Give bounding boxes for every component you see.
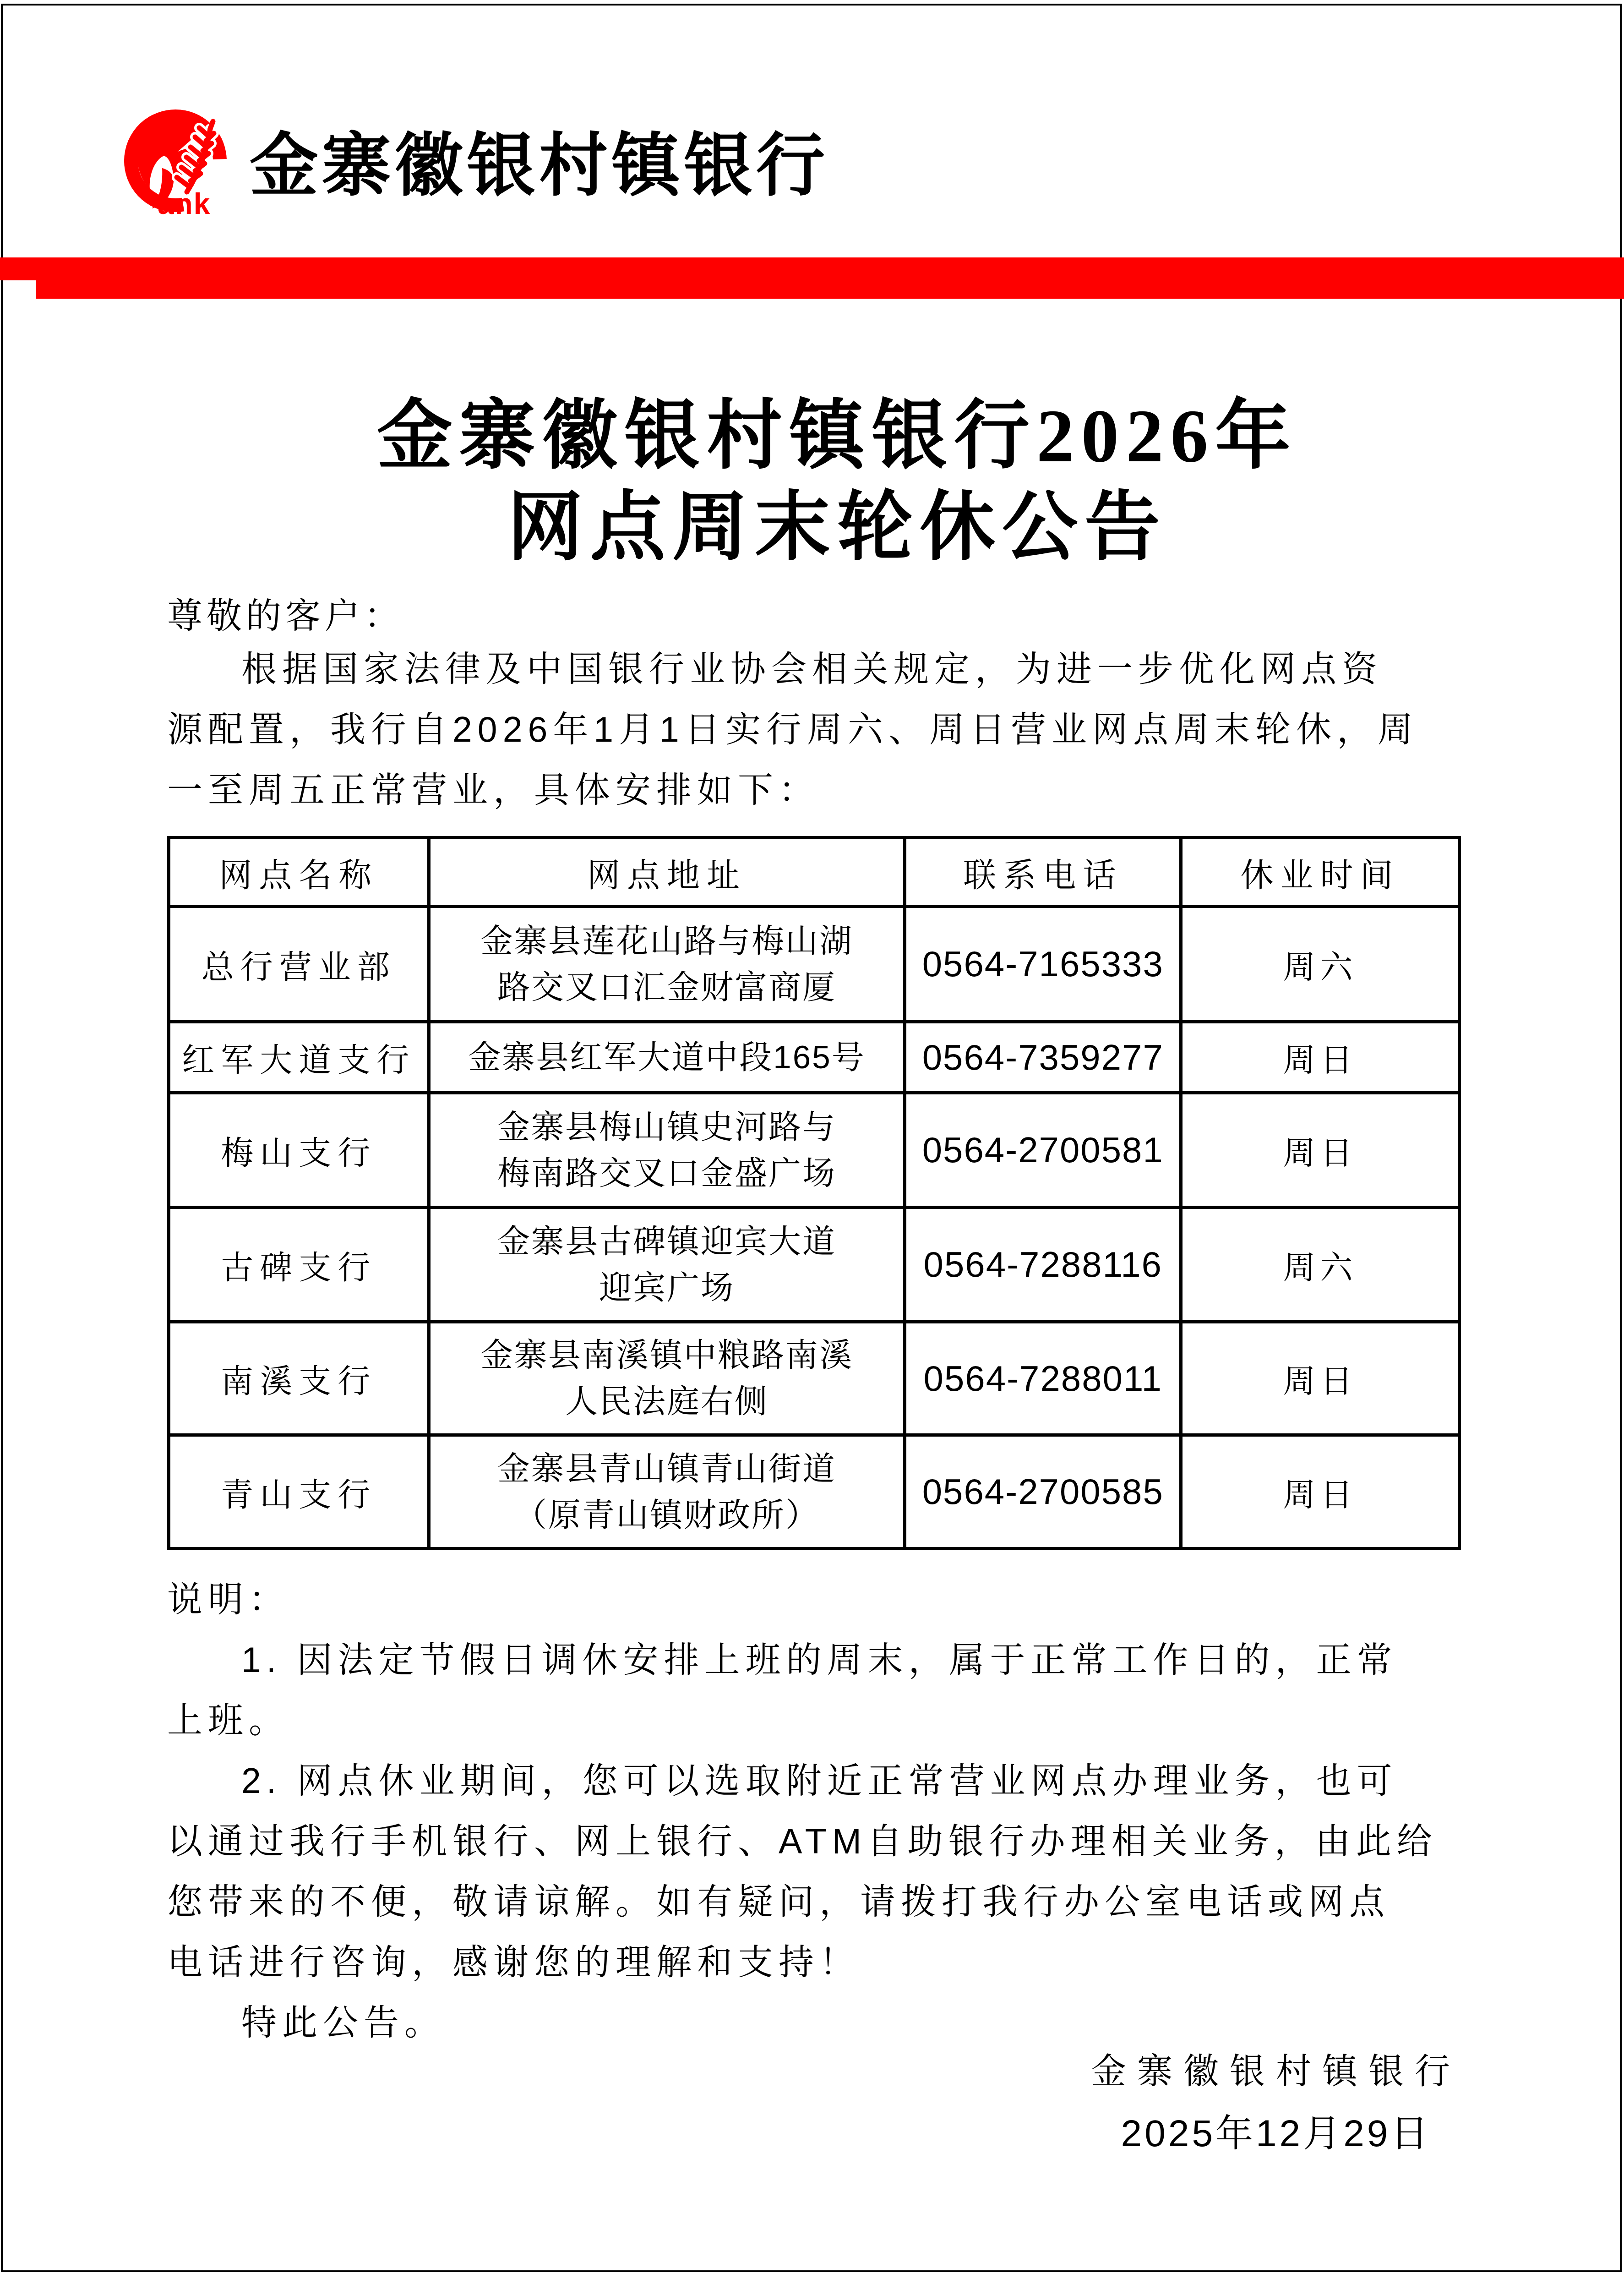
red-divider-bar-top	[0, 257, 1624, 280]
branch-phone: 0564-7359277	[905, 1022, 1181, 1093]
branch-phone: 0564-7288011	[905, 1322, 1181, 1435]
intro-line: 根据国家法律及中国银行业协会相关规定，为进一步优化网点资	[167, 639, 1491, 700]
signature-bank-name: 金寨徽银村镇银行	[1079, 2041, 1473, 2103]
intro-paragraph: 根据国家法律及中国银行业协会相关规定，为进一步优化网点资 源配置，我行自2026…	[167, 639, 1491, 820]
note-line: 2. 网点休业期间，您可以选取附近正常营业网点办理业务，也可	[167, 1751, 1491, 1811]
table-row: 红军大道支行 金寨县红军大道中段165号 0564-7359277 周日	[169, 1022, 1460, 1093]
branch-closed-day: 周六	[1181, 1208, 1460, 1322]
bank-logo-icon: ank	[118, 104, 230, 219]
note-line: 上班。	[167, 1690, 1491, 1751]
table-row: 梅山支行 金寨县梅山镇史河路与 梅南路交叉口金盛广场 0564-2700581 …	[169, 1093, 1460, 1208]
bank-name: 金寨徽银村镇银行	[250, 129, 828, 202]
note-line: 电话进行咨询，感谢您的理解和支持！	[167, 1932, 1491, 1993]
branch-phone: 0564-2700585	[905, 1435, 1181, 1549]
notes-label: 说明：	[167, 1569, 1491, 1630]
branch-address: 金寨县梅山镇史河路与 梅南路交叉口金盛广场	[429, 1093, 905, 1208]
intro-line: 源配置，我行自2026年1月1日实行周六、周日营业网点周末轮休，周	[167, 700, 1491, 760]
branch-closed-day: 周日	[1181, 1435, 1460, 1549]
table-header-row: 网点名称 网点地址 联系电话 休业时间	[169, 838, 1460, 907]
branch-closed-day: 周六	[1181, 907, 1460, 1022]
branch-phone: 0564-7288116	[905, 1208, 1181, 1322]
announcement-page: { "colors":{"accent":"#fe0000","text":"#…	[0, 0, 1624, 2274]
branch-name: 南溪支行	[169, 1322, 429, 1435]
col-header-closed-day: 休业时间	[1181, 838, 1460, 907]
table-row: 南溪支行 金寨县南溪镇中粮路南溪 人民法庭右侧 0564-7288011 周日	[169, 1322, 1460, 1435]
page-title-line1: 金寨徽银村镇银行2026年	[25, 390, 1624, 482]
branch-address: 金寨县莲花山路与梅山湖 路交叉口汇金财富商厦	[429, 907, 905, 1022]
notes-section: 说明： 1. 因法定节假日调休安排上班的周末，属于正常工作日的，正常 上班。 2…	[167, 1569, 1491, 2053]
branch-closed-day: 周日	[1181, 1093, 1460, 1208]
logo-ank-text: ank	[158, 187, 211, 219]
branch-name: 总行营业部	[169, 907, 429, 1022]
table-row: 总行营业部 金寨县莲花山路与梅山湖 路交叉口汇金财富商厦 0564-716533…	[169, 907, 1460, 1022]
signature-block: 金寨徽银村镇银行 2025年12月29日	[1079, 2041, 1473, 2165]
signature-date: 2025年12月29日	[1079, 2103, 1473, 2165]
branch-address: 金寨县古碑镇迎宾大道 迎宾广场	[429, 1208, 905, 1322]
col-header-address: 网点地址	[429, 838, 905, 907]
intro-line: 一至周五正常营业，具体安排如下：	[167, 760, 1491, 820]
branch-address: 金寨县南溪镇中粮路南溪 人民法庭右侧	[429, 1322, 905, 1435]
branch-phone: 0564-7165333	[905, 907, 1181, 1022]
branch-address: 金寨县红军大道中段165号	[429, 1022, 905, 1093]
branch-name: 青山支行	[169, 1435, 429, 1549]
note-line: 以通过我行手机银行、网上银行、ATM自助银行办理相关业务，由此给	[167, 1811, 1491, 1872]
branch-schedule-table: 网点名称 网点地址 联系电话 休业时间 总行营业部 金寨县莲花山路与梅山湖 路交…	[167, 836, 1461, 1550]
note-line: 您带来的不便，敬请谅解。如有疑问，请拨打我行办公室电话或网点	[167, 1872, 1491, 1932]
branch-closed-day: 周日	[1181, 1322, 1460, 1435]
col-header-branch-name: 网点名称	[169, 838, 429, 907]
red-divider-bar-bottom	[36, 280, 1624, 299]
branch-name: 红军大道支行	[169, 1022, 429, 1093]
branch-name: 梅山支行	[169, 1093, 429, 1208]
branch-name: 古碑支行	[169, 1208, 429, 1322]
greeting: 尊敬的客户：	[167, 588, 403, 639]
table-row: 青山支行 金寨县青山镇青山街道 （原青山镇财政所） 0564-2700585 周…	[169, 1435, 1460, 1549]
page-title: 金寨徽银村镇银行2026年 网点周末轮休公告	[25, 390, 1624, 574]
note-line: 1. 因法定节假日调休安排上班的周末，属于正常工作日的，正常	[167, 1630, 1491, 1690]
col-header-phone: 联系电话	[905, 838, 1181, 907]
branch-phone: 0564-2700581	[905, 1093, 1181, 1208]
page-title-line2: 网点周末轮休公告	[25, 482, 1624, 574]
branch-address: 金寨县青山镇青山街道 （原青山镇财政所）	[429, 1435, 905, 1549]
table-row: 古碑支行 金寨县古碑镇迎宾大道 迎宾广场 0564-7288116 周六	[169, 1208, 1460, 1322]
branch-closed-day: 周日	[1181, 1022, 1460, 1093]
